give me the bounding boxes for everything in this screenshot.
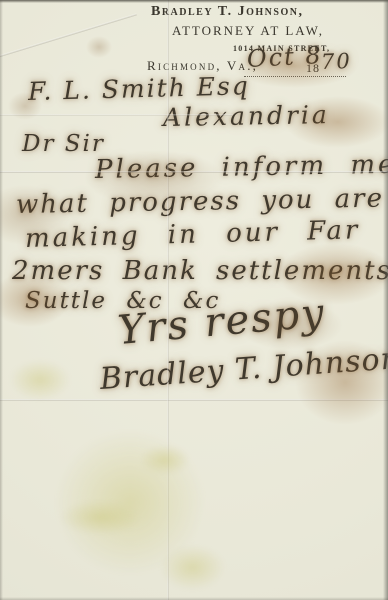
fold-crease-diagonal — [0, 13, 137, 60]
scan-edge-right — [383, 0, 388, 600]
letterhead-name: Bradley T. Johnson, — [151, 4, 303, 20]
body-line: what progress you are — [16, 184, 384, 220]
bleed-through-mark — [160, 545, 225, 590]
scanned-letter: Bradley T. Johnson, Attorney at Law, 101… — [0, 0, 388, 600]
fold-crease-horizontal — [0, 399, 388, 401]
ink-stain — [86, 36, 112, 58]
handwritten-date-year: 70 — [321, 49, 353, 74]
body-line: Please inform me — [95, 150, 388, 185]
bleed-through-mark — [10, 360, 70, 400]
scan-edge-left — [0, 0, 3, 600]
bleed-through-mark — [140, 445, 190, 475]
scan-edge-top — [0, 0, 388, 3]
printed-year-prefix: 18 — [306, 61, 320, 76]
recipient-line: F. L. Smith Esq — [28, 71, 251, 106]
letterhead-title: Attorney at Law, — [172, 23, 324, 39]
place-line: Alexandria — [163, 100, 330, 132]
body-line: making in our Far — [25, 215, 361, 254]
salutation-line: Dr Sir — [22, 131, 105, 157]
body-line: 2mers Bank settlements — [12, 256, 388, 286]
bleed-through-mark — [55, 430, 205, 575]
bleed-through-mark — [60, 500, 140, 535]
